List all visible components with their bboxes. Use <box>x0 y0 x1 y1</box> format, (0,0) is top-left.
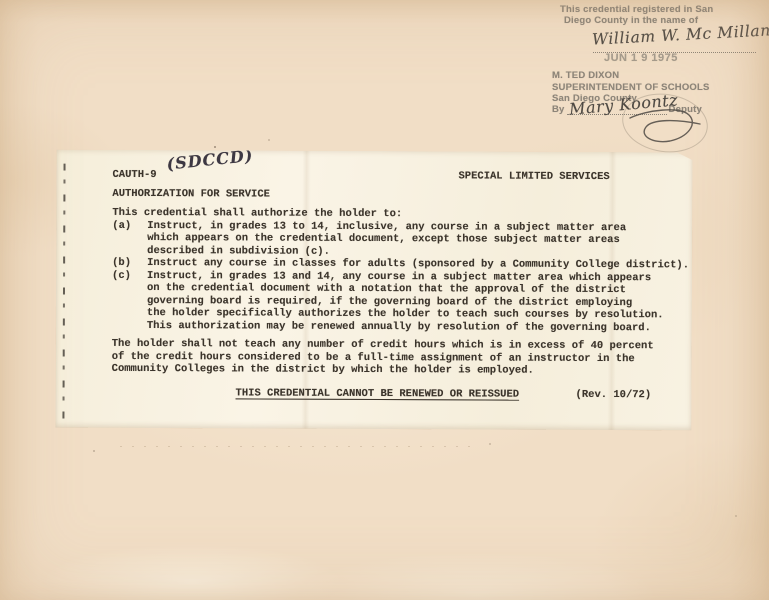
handwritten-district-note: (SDCCD) <box>166 150 254 171</box>
paper-speck <box>489 443 491 445</box>
signature-flourish-loop <box>626 106 710 152</box>
non-renewal-notice: THIS CREDENTIAL CANNOT BE RENEWED OR REI… <box>236 387 520 401</box>
date-stamp: JUN 1 9 1975 <box>604 52 678 64</box>
stamp-official-title: SUPERINTENDENT OF SCHOOLS <box>552 82 710 93</box>
classification-heading: SPECIAL LIMITED SERVICES <box>458 170 609 183</box>
paper-speck <box>268 139 270 141</box>
provision-text: Instruct, in grades 13 and 14, any cours… <box>147 270 664 335</box>
paper-speck <box>735 515 737 517</box>
provision-c: (c) Instruct, in grades 13 and 14, any c… <box>112 269 692 334</box>
limitation-paragraph: The holder shall not teach any number of… <box>112 338 692 378</box>
provision-text: Instruct, in grades 13 to 14, inclusive,… <box>147 220 626 260</box>
provision-label: (c) <box>112 269 147 332</box>
by-label: By <box>552 104 565 115</box>
scanned-document-page: This credential registered in San Diego … <box>0 0 769 600</box>
paper-speck <box>93 450 95 452</box>
stamp-registered-line2: Diego County in the name of <box>564 15 698 26</box>
slip-footer: THIS CREDENTIAL CANNOT BE RENEWED OR REI… <box>112 386 692 403</box>
limitation-line: Community Colleges in the district by wh… <box>112 363 692 378</box>
document-body: This credential shall authorize the hold… <box>112 207 693 403</box>
revision-number: (Rev. 10/72) <box>576 388 652 401</box>
provision-label: (a) <box>112 219 147 257</box>
form-code: CAUTH-9 <box>112 169 156 182</box>
provision-a: (a) Instruct, in grades 13 to 14, inclus… <box>112 219 692 259</box>
credential-slip: CAUTH-9 (SDCCD) SPECIAL LIMITED SERVICES… <box>55 150 692 431</box>
document-title: AUTHORIZATION FOR SERVICE <box>112 188 270 201</box>
stamp-registered-line1: This credential registered in San <box>560 4 713 15</box>
provision-line: This authorization may be renewed annual… <box>147 320 664 335</box>
paper-speck <box>214 146 216 148</box>
provision-label: (b) <box>112 257 147 270</box>
faint-dotted-remnant <box>120 446 470 447</box>
stamp-official-name: M. TED DIXON <box>552 70 619 81</box>
fold-crease-mark <box>62 164 65 422</box>
